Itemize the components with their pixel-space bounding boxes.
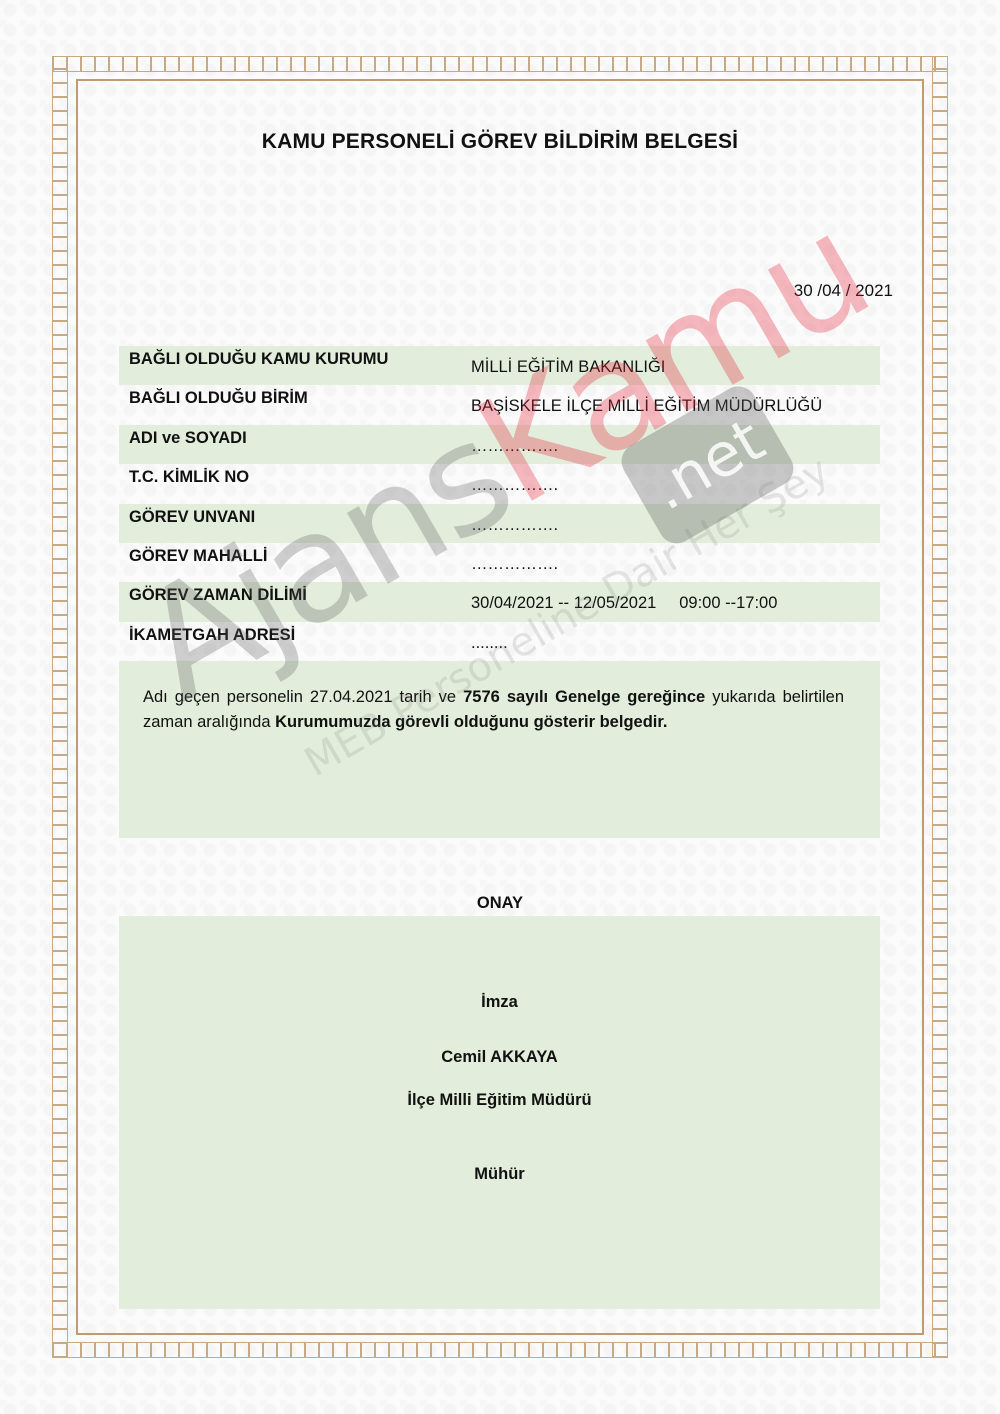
signer-title: İlçe Milli Eğitim Müdürü — [119, 1091, 880, 1110]
info-value: ……………. — [471, 476, 558, 495]
info-label: GÖREV MAHALLİ — [129, 547, 267, 566]
info-row-duty-location: GÖREV MAHALLİ ……………. — [119, 543, 880, 582]
document-title: KAMU PERSONELİ GÖREV BİLDİRİM BELGESİ — [0, 130, 1000, 154]
approval-box: İmza Cemil AKKAYA İlçe Milli Eğitim Müdü… — [119, 916, 880, 1309]
document-page: KAMU PERSONELİ GÖREV BİLDİRİM BELGESİ 30… — [0, 0, 1000, 1414]
info-label: BAĞLI OLDUĞU KAMU KURUMU — [129, 350, 388, 369]
info-value: BAŞİSKELE İLÇE MİLLİ EĞİTİM MÜDÜRLÜĞÜ — [471, 397, 822, 416]
info-label: ADI ve SOYADI — [129, 429, 247, 448]
info-row-duty-period: GÖREV ZAMAN DİLİMİ 30/04/2021 -- 12/05/2… — [119, 582, 880, 621]
info-value: 30/04/2021 -- 12/05/2021 09:00 --17:00 — [471, 594, 777, 613]
info-label: GÖREV ZAMAN DİLİMİ — [129, 586, 307, 605]
info-value: ……………. — [471, 516, 558, 535]
document-date: 30 /04 / 2021 — [794, 281, 893, 301]
seal-label: Mühür — [119, 1165, 880, 1184]
info-row-unit: BAĞLI OLDUĞU BİRİM BAŞİSKELE İLÇE MİLLİ … — [119, 385, 880, 424]
info-row-address: İKAMETGAH ADRESİ ........ — [119, 622, 880, 661]
signature-label: İmza — [119, 993, 880, 1012]
statement-bold-circular: 7576 sayılı Genelge gereğince — [463, 688, 705, 706]
info-label: BAĞLI OLDUĞU BİRİM — [129, 389, 308, 408]
approval-title: ONAY — [0, 894, 1000, 913]
info-table: BAĞLI OLDUĞU KAMU KURUMU MİLLİ EĞİTİM BA… — [119, 346, 880, 661]
info-label: GÖREV UNVANI — [129, 508, 255, 527]
info-row-job-title: GÖREV UNVANI ……………. — [119, 504, 880, 543]
info-row-name: ADI ve SOYADI ……………. — [119, 425, 880, 464]
info-row-id-number: T.C. KİMLİK NO ……………. — [119, 464, 880, 503]
statement-text: Adı geçen personelin 27.04.2021 tarih ve — [143, 688, 463, 706]
info-value: ........ — [471, 634, 508, 653]
statement-bold-conclusion: Kurumumuzda görevli olduğunu gösterir be… — [275, 713, 667, 731]
statement-box: Adı geçen personelin 27.04.2021 tarih ve… — [119, 661, 880, 838]
info-value: ……………. — [471, 555, 558, 574]
signer-name: Cemil AKKAYA — [119, 1048, 880, 1067]
info-value: MİLLİ EĞİTİM BAKANLIĞI — [471, 358, 665, 377]
info-label: T.C. KİMLİK NO — [129, 468, 249, 487]
info-value: ……………. — [471, 437, 558, 456]
info-label: İKAMETGAH ADRESİ — [129, 626, 295, 645]
info-row-institution: BAĞLI OLDUĞU KAMU KURUMU MİLLİ EĞİTİM BA… — [119, 346, 880, 385]
